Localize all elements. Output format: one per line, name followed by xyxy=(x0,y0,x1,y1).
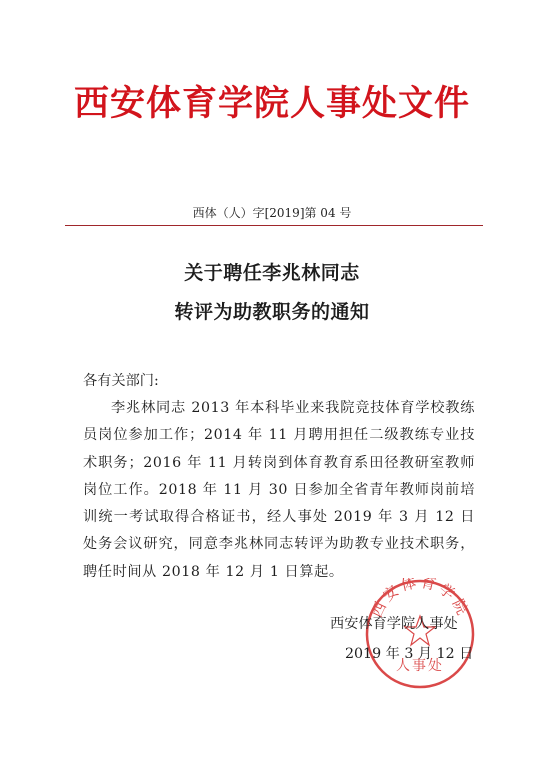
subject-title-line-2: 转评为助教职务的通知 xyxy=(0,299,544,325)
official-seal-icon: 西安体育学院 人事处 xyxy=(364,578,476,690)
document-header-title: 西安体育学院人事处文件 xyxy=(0,82,544,126)
signature-organization: 西安体育学院人事处 xyxy=(330,614,500,634)
signature-date: 2019 年 3 月 12 日 xyxy=(345,644,515,664)
subject-title-line-1: 关于聘任李兆林同志 xyxy=(0,260,544,286)
body-paragraph: 李兆林同志 2013 年本科毕业来我院竞技体育学校教练员岗位参加工作；2014 … xyxy=(83,395,475,586)
salutation: 各有关部门: xyxy=(83,368,475,395)
document-number: 西体（人）字[2019]第 04 号 xyxy=(0,205,544,221)
header-divider xyxy=(65,225,483,226)
document-page: 西安体育学院人事处文件 西体（人）字[2019]第 04 号 关于聘任李兆林同志… xyxy=(0,0,544,768)
